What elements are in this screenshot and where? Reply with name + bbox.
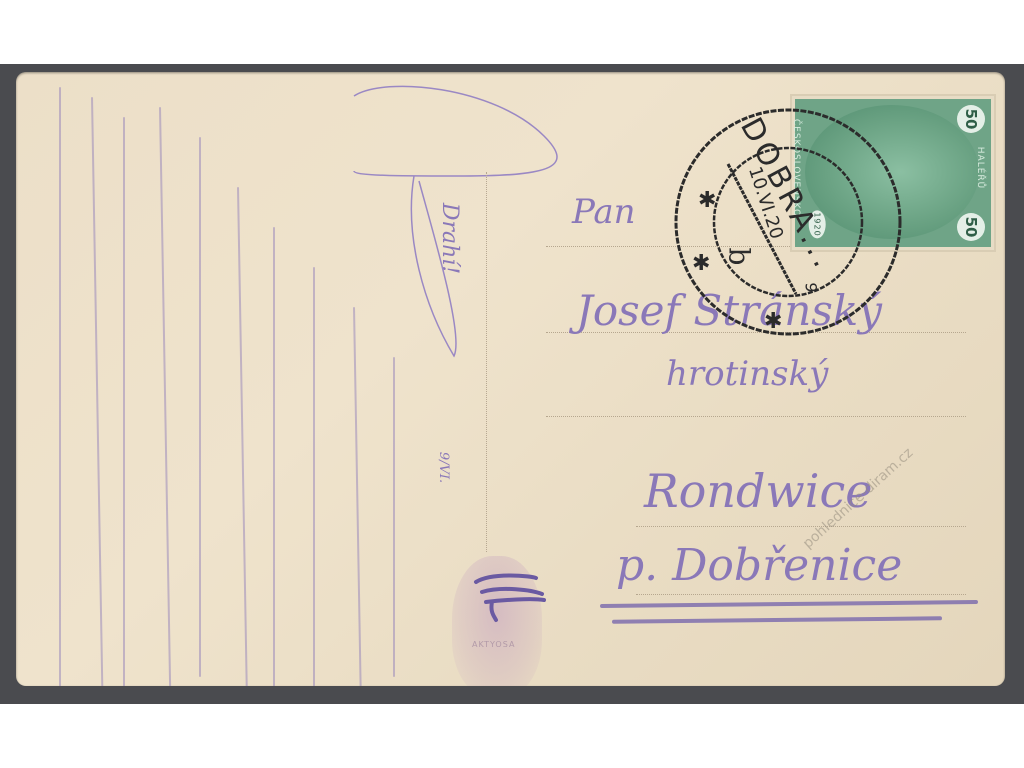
postmark-series-letter: b xyxy=(722,248,755,266)
svg-text:✱: ✱ xyxy=(692,251,710,276)
svg-text:✱: ✱ xyxy=(764,309,782,334)
postcard: Drahí! 9/VI. Pan Josef Stránský hrotinsk… xyxy=(16,72,1005,686)
address-salutation: Pan xyxy=(572,192,636,232)
handwritten-message: Drahí! xyxy=(24,76,444,676)
address-post: p. Dobřenice xyxy=(616,540,902,591)
stamp-currency: HALÉŘŮ xyxy=(975,147,985,189)
underline-2 xyxy=(612,616,942,623)
svg-text:✱: ✱ xyxy=(698,188,716,213)
ink-loop-annotation xyxy=(344,76,574,376)
stamp-value-top: 50 xyxy=(957,105,985,133)
message-date: 9/VI. xyxy=(436,452,451,483)
card-divider xyxy=(486,172,487,552)
stamp-value-bottom: 50 xyxy=(957,213,985,241)
printer-mark: AKTYOSA xyxy=(472,640,515,649)
initials-scribble xyxy=(472,572,552,632)
postmark-hour: 9 xyxy=(802,282,821,292)
address-line-4 xyxy=(636,526,966,527)
address-line2: hrotinský xyxy=(666,354,828,394)
address-line-3 xyxy=(546,416,966,417)
address-line-5 xyxy=(636,594,966,595)
underline-1 xyxy=(600,600,978,608)
